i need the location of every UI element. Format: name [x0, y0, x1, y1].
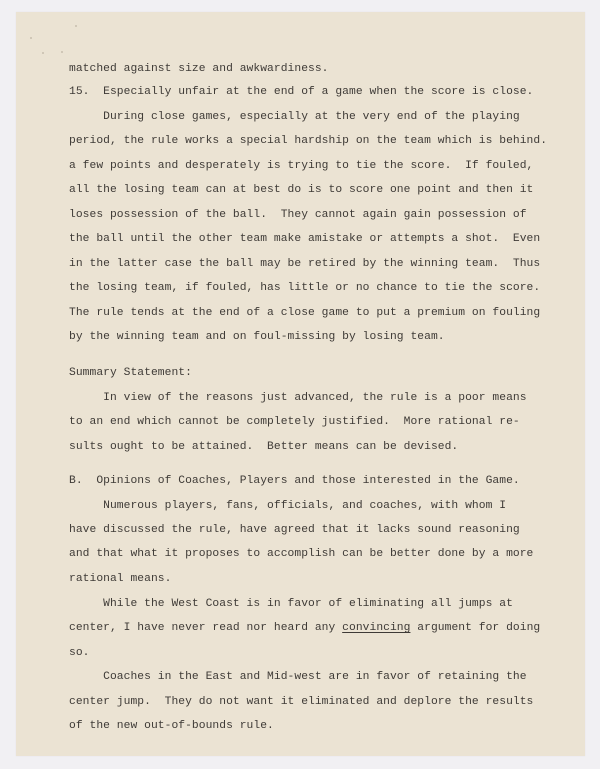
- text-line: Coaches in the East and Mid-west are in …: [69, 670, 527, 684]
- text-line: period, the rule works a special hardshi…: [69, 134, 547, 148]
- paper-speck: [75, 25, 77, 27]
- text-line: While the West Coast is in favor of elim…: [69, 597, 513, 611]
- text-line: center jump. They do not want it elimina…: [69, 695, 533, 709]
- text-line: a few points and desperately is trying t…: [69, 159, 533, 173]
- text-line: During close games, especially at the ve…: [69, 110, 520, 124]
- text-line: all the losing team can at best do is to…: [69, 183, 533, 197]
- text-line: have discussed the rule, have agreed tha…: [69, 523, 520, 537]
- underlined-word: convincing: [342, 622, 410, 634]
- text-line: Numerous players, fans, officials, and c…: [69, 499, 506, 513]
- paper-speck: [42, 52, 44, 54]
- item-15-heading: 15. Especially unfair at the end of a ga…: [69, 85, 533, 99]
- text-fragment: argument for doing: [410, 622, 540, 634]
- text-line: rational means.: [69, 572, 171, 586]
- text-line: The rule tends at the end of a close gam…: [69, 306, 540, 320]
- section-b-heading: B. Opinions of Coaches, Players and thos…: [69, 474, 520, 488]
- summary-heading: Summary Statement:: [69, 366, 192, 380]
- text-line-convincing: center, I have never read nor heard any …: [69, 621, 540, 635]
- text-line: so.: [69, 646, 90, 660]
- text-line: in the latter case the ball may be retir…: [69, 257, 540, 271]
- text-fragment: center, I have never read nor heard any: [69, 622, 342, 634]
- text-line: to an end which cannot be completely jus…: [69, 415, 520, 429]
- text-line: loses possession of the ball. They canno…: [69, 208, 527, 222]
- text-line: of the new out-of-bounds rule.: [69, 719, 274, 733]
- text-line: the ball until the other team make amist…: [69, 232, 540, 246]
- paper-speck: [61, 51, 63, 53]
- text-line: matched against size and awkwardiness.: [69, 62, 329, 76]
- text-line: In view of the reasons just advanced, th…: [69, 391, 527, 405]
- text-line: and that what it proposes to accomplish …: [69, 547, 533, 561]
- text-line: by the winning team and on foul-missing …: [69, 330, 445, 344]
- text-line: the losing team, if fouled, has little o…: [69, 281, 540, 295]
- text-line: sults ought to be attained. Better means…: [69, 440, 458, 454]
- paper-speck: [30, 37, 32, 39]
